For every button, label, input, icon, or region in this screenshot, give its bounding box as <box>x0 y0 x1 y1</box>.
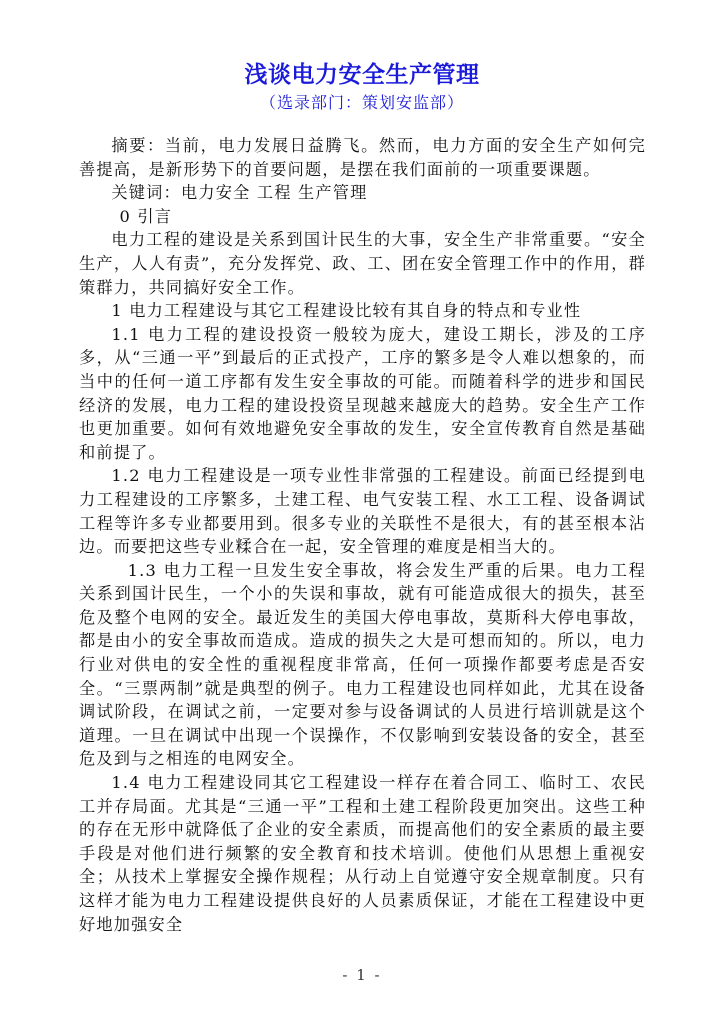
keywords-line: 关键词：电力安全 工程 生产管理 <box>79 181 646 205</box>
paragraph-1-4: 1.4 电力工程建设同其它工程建设一样存在着合同工、临时工、农民工并存局面。尤其… <box>79 771 646 936</box>
introduction-paragraph: 电力工程的建设是关系到国计民生的大事，安全生产非常重要。“安全生产，人人有责”，… <box>79 228 646 299</box>
paragraph-1-1: 1.1 电力工程的建设投资一般较为庞大，建设工期长，涉及的工序多，从“三通一平”… <box>79 323 646 465</box>
document-subtitle: （选录部门：策划安监部） <box>0 92 724 114</box>
paragraph-1-3: 1.3 电力工程一旦发生安全事故，将会发生严重的后果。电力工程关系到国计民生，一… <box>79 559 646 771</box>
document-body: 摘要：当前，电力发展日益腾飞。然而，电力方面的安全生产如何完善提高，是新形势下的… <box>79 134 646 936</box>
document-title: 浅谈电力安全生产管理 <box>0 60 724 90</box>
paragraph-1-2: 1.2 电力工程建设是一项专业性非常强的工程建设。前面已经提到电力工程建设的工序… <box>79 464 646 558</box>
page-number: - 1 - <box>0 966 724 984</box>
section-heading-introduction: 0 引言 <box>79 205 646 229</box>
section-heading-1: 1 电力工程建设与其它工程建设比较有其自身的特点和专业性 <box>79 299 646 323</box>
document-page: 浅谈电力安全生产管理 （选录部门：策划安监部） 摘要：当前，电力发展日益腾飞。然… <box>0 0 724 1024</box>
abstract-paragraph: 摘要：当前，电力发展日益腾飞。然而，电力方面的安全生产如何完善提高，是新形势下的… <box>79 134 646 181</box>
